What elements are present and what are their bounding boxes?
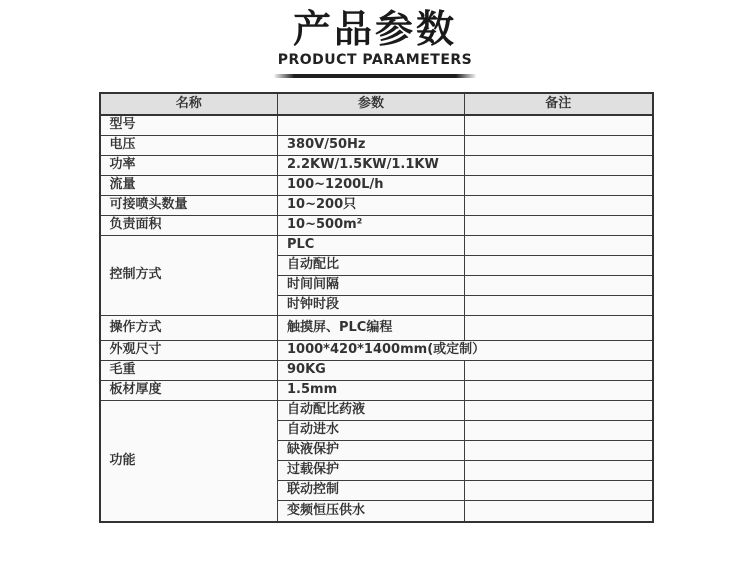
table-row-control-mode: 控制方式 PLC [100, 235, 653, 255]
row-remark-cell [465, 420, 653, 440]
row-value-cell: 自动进水 [278, 420, 465, 440]
row-remark-cell [465, 235, 653, 255]
row-remark-cell [465, 500, 653, 522]
row-value-cell: 1.5mm [278, 380, 465, 400]
row-remark-cell [465, 400, 653, 420]
row-remark-cell [465, 255, 653, 275]
row-remark-cell [465, 440, 653, 460]
row-remark-cell [465, 380, 653, 400]
column-header-parameter: 参数 [278, 93, 465, 115]
page-title: 产品参数 [0, 6, 750, 52]
column-header-name: 名称 [100, 93, 278, 115]
row-value-cell: 触摸屏、PLC编程 [278, 315, 465, 340]
table-row-nozzle-count: 可接喷头数量 10~200只 [100, 195, 653, 215]
row-name-cell: 控制方式 [100, 235, 278, 315]
row-name-cell: 电压 [100, 135, 278, 155]
row-value-cell: 10~500m² [278, 215, 465, 235]
row-value-cell: 2.2KW/1.5KW/1.1KW [278, 155, 465, 175]
row-value-cell: 1000*420*1400mm(或定制） [278, 340, 653, 360]
row-remark-cell [465, 155, 653, 175]
row-remark-cell [465, 360, 653, 380]
row-remark-cell [465, 195, 653, 215]
row-name-cell: 负责面积 [100, 215, 278, 235]
table-row-operation-mode: 操作方式 触摸屏、PLC编程 [100, 315, 653, 340]
spec-table: 名称 参数 备注 型号 电压 380V/50Hz 功率 2.2KW/1.5KW/… [99, 92, 654, 523]
table-row-voltage: 电压 380V/50Hz [100, 135, 653, 155]
table-row-flow: 流量 100~1200L/h [100, 175, 653, 195]
row-value-cell: 自动配比 [278, 255, 465, 275]
row-value-cell: 过载保护 [278, 460, 465, 480]
title-underline [274, 74, 476, 78]
row-value-cell: 缺液保护 [278, 440, 465, 460]
row-value-cell: 10~200只 [278, 195, 465, 215]
row-name-cell: 流量 [100, 175, 278, 195]
table-row-plate-thickness: 板材厚度 1.5mm [100, 380, 653, 400]
row-value-cell: 380V/50Hz [278, 135, 465, 155]
row-remark-cell [465, 275, 653, 295]
row-name-cell: 外观尺寸 [100, 340, 278, 360]
row-remark-cell [465, 175, 653, 195]
row-name-cell: 可接喷头数量 [100, 195, 278, 215]
row-value-cell: 自动配比药液 [278, 400, 465, 420]
page-subtitle: PRODUCT PARAMETERS [0, 52, 750, 69]
row-remark-cell [465, 460, 653, 480]
table-row-model: 型号 [100, 115, 653, 135]
row-remark-cell [465, 295, 653, 315]
row-value-cell: 时间间隔 [278, 275, 465, 295]
row-value-cell: PLC [278, 235, 465, 255]
row-name-cell: 毛重 [100, 360, 278, 380]
row-remark-cell [465, 135, 653, 155]
row-remark-cell [465, 115, 653, 135]
row-name-cell: 功能 [100, 400, 278, 522]
page-header: 产品参数 PRODUCT PARAMETERS [0, 0, 750, 78]
table-row-dimensions: 外观尺寸 1000*420*1400mm(或定制） [100, 340, 653, 360]
row-name-cell: 操作方式 [100, 315, 278, 340]
row-name-cell: 板材厚度 [100, 380, 278, 400]
row-name-cell: 功率 [100, 155, 278, 175]
row-value-cell: 变频恒压供水 [278, 500, 465, 522]
table-row-function: 功能 自动配比药液 [100, 400, 653, 420]
table-row-power: 功率 2.2KW/1.5KW/1.1KW [100, 155, 653, 175]
row-value-cell: 联动控制 [278, 480, 465, 500]
row-value-cell: 90KG [278, 360, 465, 380]
row-remark-cell [465, 215, 653, 235]
row-value-cell: 100~1200L/h [278, 175, 465, 195]
row-remark-cell [465, 480, 653, 500]
row-remark-cell [465, 315, 653, 340]
row-value-cell [278, 115, 465, 135]
spec-table-container: 名称 参数 备注 型号 电压 380V/50Hz 功率 2.2KW/1.5KW/… [99, 92, 652, 523]
row-value-cell: 时钟时段 [278, 295, 465, 315]
table-row-coverage-area: 负责面积 10~500m² [100, 215, 653, 235]
column-header-remark: 备注 [465, 93, 653, 115]
row-name-cell: 型号 [100, 115, 278, 135]
table-row-gross-weight: 毛重 90KG [100, 360, 653, 380]
header-row: 名称 参数 备注 [100, 93, 653, 115]
